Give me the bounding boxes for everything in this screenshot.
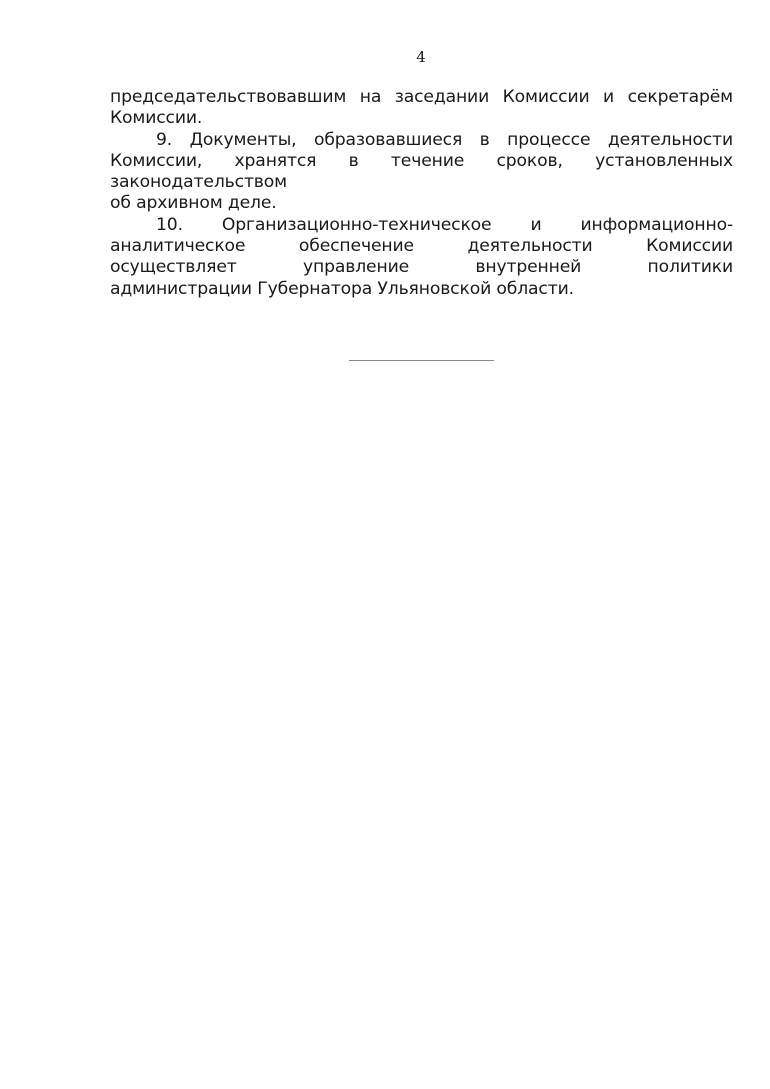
paragraph-8-line-1: председательствовавшим на заседании Коми… [110, 87, 733, 108]
paragraph-9-line-1: 9. Документы, образовавшиеся в процессе … [110, 130, 733, 151]
paragraph-8-line-2: Комиссии. [110, 108, 733, 129]
page-number: 4 [0, 47, 770, 67]
document-body: председательствовавшим на заседании Коми… [110, 87, 733, 300]
paragraph-9-line-3: законодательством [110, 172, 733, 193]
paragraph-10-line-4: администрации Губернатора Ульяновской об… [110, 279, 733, 300]
paragraph-9-line-2: Комиссии, хранятся в течение сроков, уст… [110, 151, 733, 172]
paragraph-10-line-2: аналитическое обеспечение деятельности К… [110, 236, 733, 257]
paragraph-10-line-1: 10. Организационно-техническое и информа… [110, 215, 733, 236]
end-of-document-divider [349, 360, 494, 361]
paragraph-9-line-4: об архивном деле. [110, 193, 733, 214]
paragraph-10-line-3: осуществляет управление внутренней полит… [110, 257, 733, 278]
